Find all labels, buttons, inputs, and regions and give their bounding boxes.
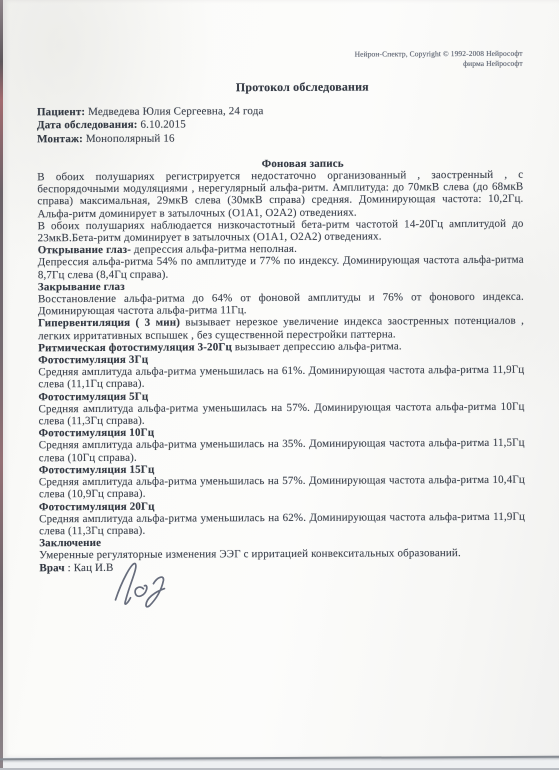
paragraph: Средняя амплитуда альфа-ритма уменьшилас…	[39, 474, 525, 501]
vendor-header: Нейрон-Спектр, Copyright © 1992-2008 Ней…	[37, 49, 523, 72]
paragraph: Средняя амплитуда альфа-ритма уменьшилас…	[38, 401, 524, 428]
montage-value: Монополярный 16	[83, 132, 175, 144]
montage-label: Монтаж:	[37, 133, 83, 145]
inline-heading: Открывание глаз-	[38, 244, 131, 256]
paragraph: Средняя амплитуда альфа-ритма уменьшилас…	[39, 510, 525, 537]
exam-date-value: 6.10.2015	[138, 119, 186, 131]
patient-label: Пациент:	[37, 106, 85, 118]
doctor-label: Врач	[39, 562, 64, 574]
inline-heading: Гипервентиляция ( 3 мин)	[38, 317, 180, 330]
doctor-name: : Кац И.В	[65, 561, 114, 573]
paragraph: Гипервентиляция ( 3 мин) вызывает нерезк…	[38, 315, 524, 342]
document-title: Протокол обследования	[37, 80, 523, 95]
doctor-line: Врач : Кац И.В	[39, 559, 525, 574]
paragraph: Средняя амплитуда альфа-ритма уменьшилас…	[38, 364, 524, 391]
paragraph: Депрессия альфа-ритма 54% по амплитуде и…	[38, 254, 524, 281]
montage-row: Монтаж: Монополярный 16	[37, 130, 523, 146]
patient-info-block: Пациент: Медведева Юлия Сергеевна, 24 го…	[37, 104, 523, 146]
inline-heading: Ритмическая фотостимуляция 3-20Гц	[38, 341, 232, 354]
vendor-header-line2: фирма Нейрософт	[37, 59, 523, 72]
paragraph: В обоих полушариях наблюдается низкочаст…	[38, 218, 524, 245]
paragraph: Средняя амплитуда альфа-ритма уменьшилас…	[39, 437, 525, 464]
paragraph: В обоих полушариях регистрируется недост…	[37, 169, 523, 220]
exam-date-label: Дата обследования:	[37, 119, 138, 132]
document-content: Нейрон-Спектр, Copyright © 1992-2008 Ней…	[37, 49, 526, 574]
patient-value: Медведева Юлия Сергеевна, 24 года	[85, 105, 263, 118]
paragraph: Восстановление альфа-ритма до 64% от фон…	[38, 291, 524, 318]
report-body: Фоновая записьВ обоих полушариях регистр…	[37, 157, 525, 562]
scan-left-edge-artifact	[0, 0, 3, 770]
scanned-document: { "colors": { "ink": "#3f4550", "paper":…	[0, 0, 559, 770]
